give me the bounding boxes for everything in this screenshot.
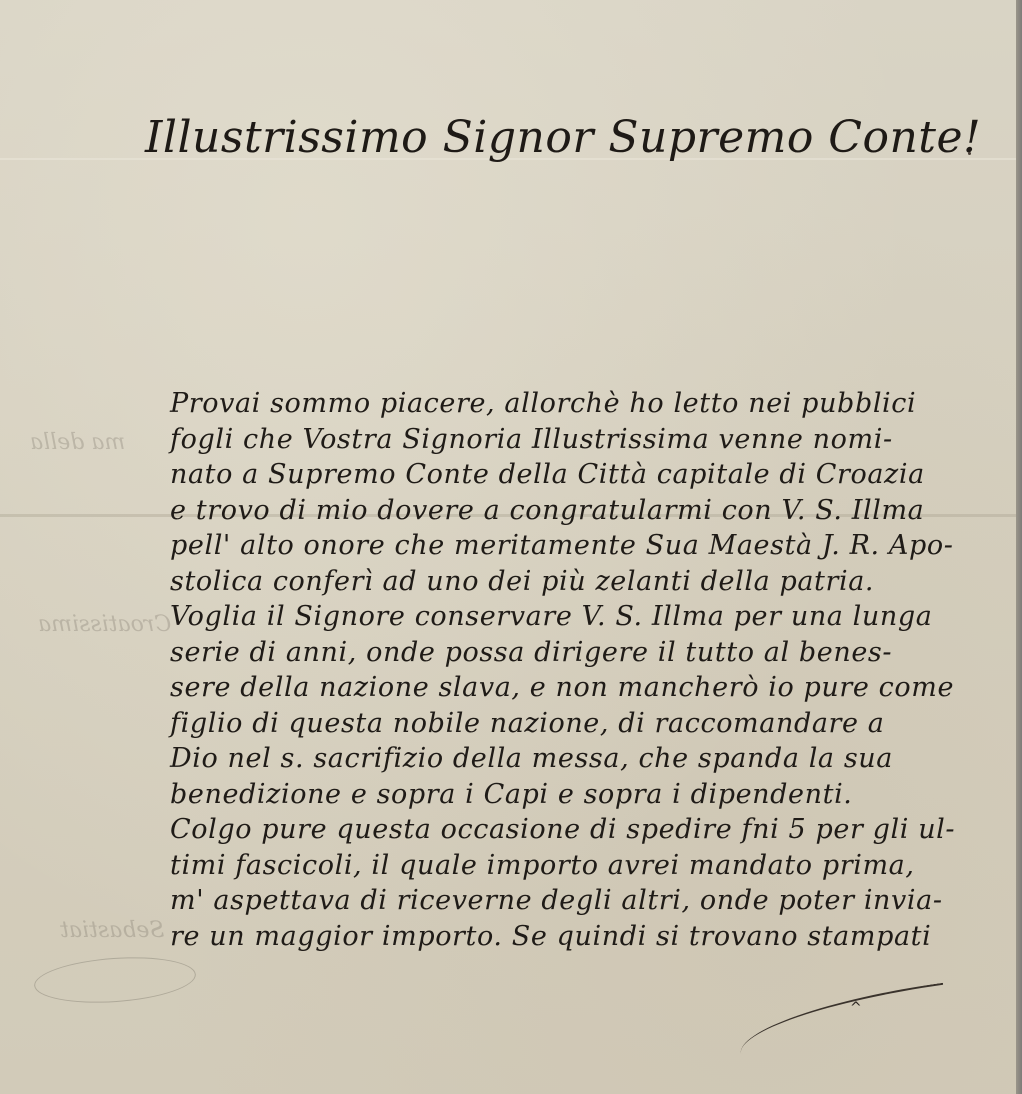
letter-line: Dio nel s. sacrifizio della messa, che s… [170,741,1000,777]
letter-line: sere della nazione slava, e non mancherò… [170,670,1000,706]
letter-line: figlio di questa nobile nazione, di racc… [170,706,1000,742]
bleed-through-text: Croatissima [38,612,171,637]
letter-page: ma della Croatissima Sebastiat Illustris… [0,0,1016,1094]
bleed-through-text: ma della [30,430,125,455]
letter-line: Voglia il Signore conservare V. S. Illma… [170,599,1000,635]
letter-line: Provai sommo piacere, allorchè ho letto … [170,386,1000,422]
ink-speck [968,152,971,155]
letter-line: nato a Supremo Conte della Città capital… [170,457,1000,493]
bleed-through-signature-flourish [33,952,198,1007]
letter-line: fogli che Vostra Signoria Illustrissima … [170,422,1000,458]
ink-flourish-stroke [735,983,949,1054]
letter-line: timi fascicoli, il quale importo avrei m… [170,848,1000,884]
letter-salutation: Illustrissimo Signor Supremo Conte! [145,112,981,163]
scan-edge [1016,0,1022,1094]
letter-line: e trovo di mio dovere a congratularmi co… [170,493,1000,529]
letter-line: benedizione e sopra i Capi e sopra i dip… [170,777,1000,813]
letter-line: Colgo pure questa occasione di spedire f… [170,812,1000,848]
letter-line: serie di anni, onde possa dirigere il tu… [170,635,1000,671]
letter-line: stolica conferì ad uno dei più zelanti d… [170,564,1000,600]
letter-line: m' aspettava di riceverne degli altri, o… [170,883,1000,919]
letter-line: pell' alto onore che meritamente Sua Mae… [170,528,1000,564]
letter-body: Provai sommo piacere, allorchè ho letto … [170,386,1000,954]
letter-line: re un maggior importo. Se quindi si trov… [170,919,1000,955]
bleed-through-signature: Sebastiat [60,918,164,943]
